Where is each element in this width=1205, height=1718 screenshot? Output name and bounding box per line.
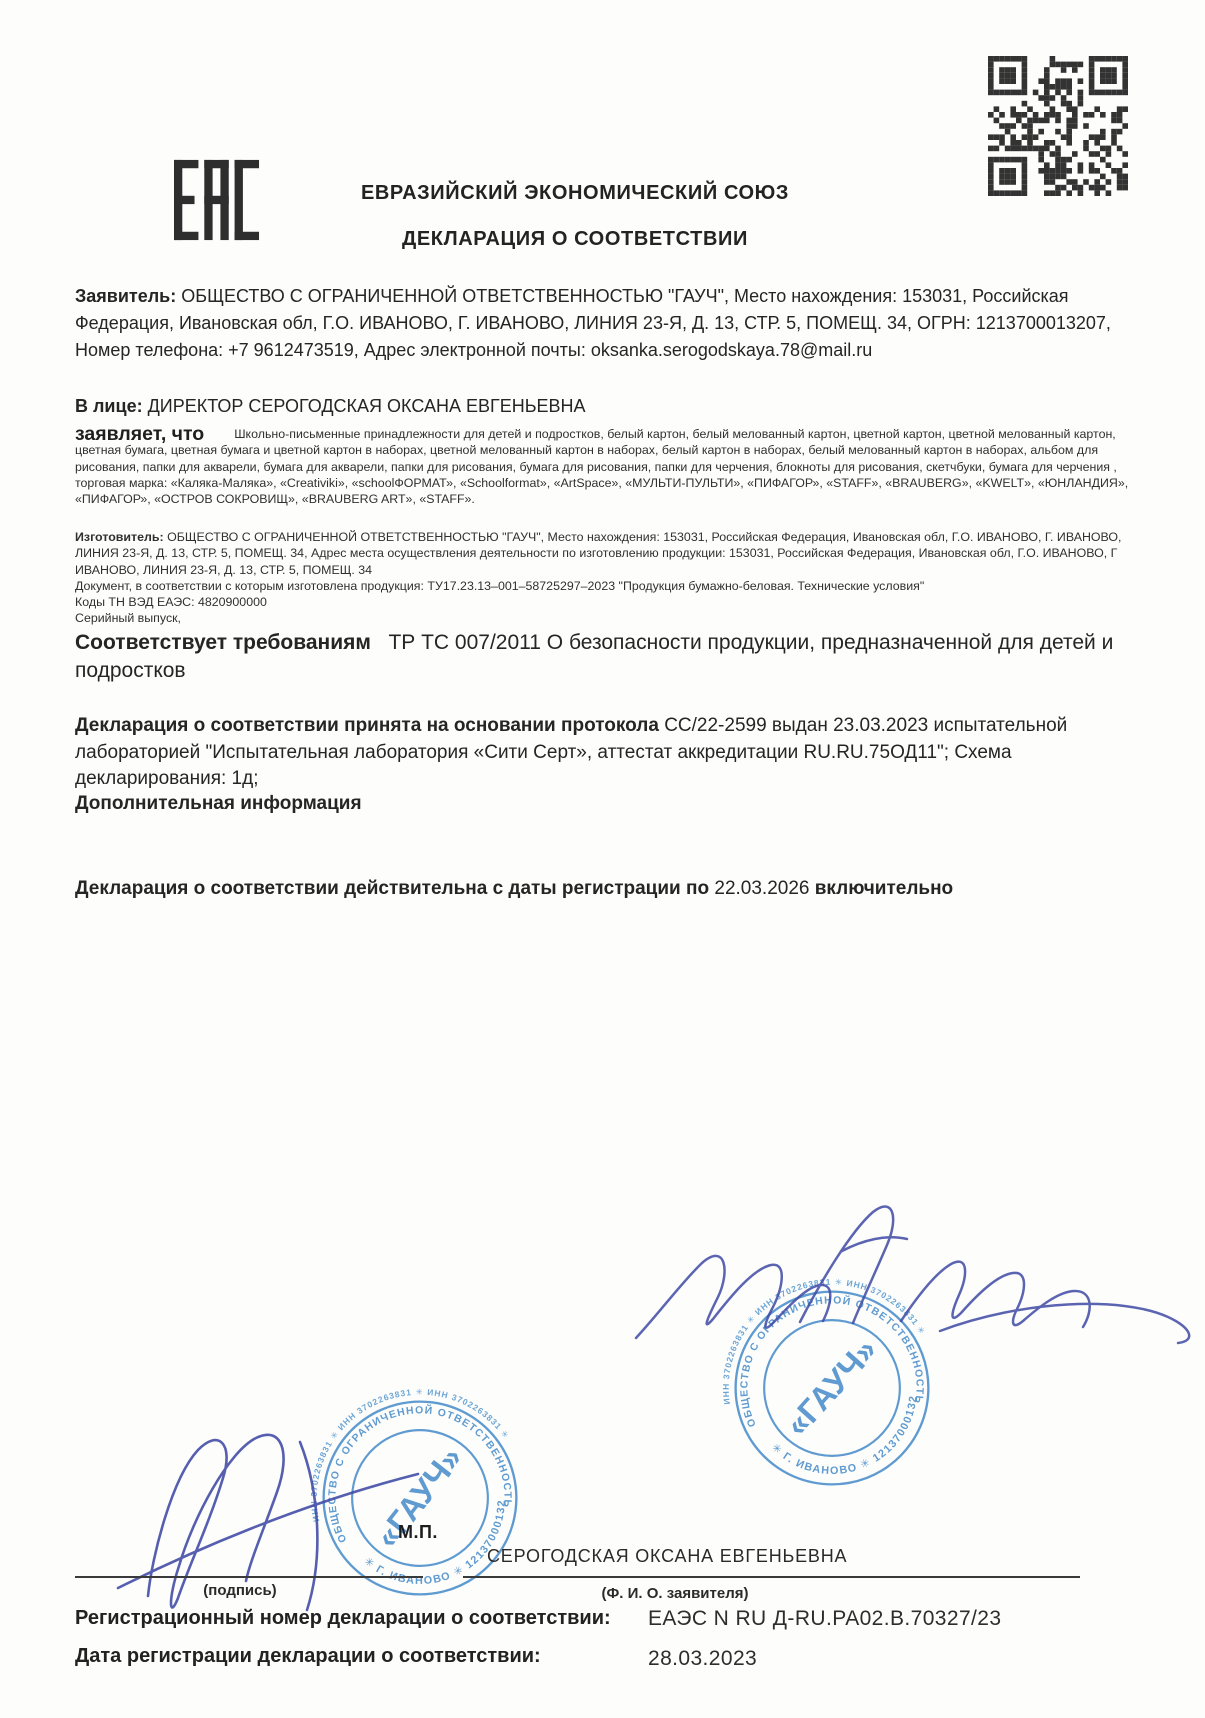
applicant-label: Заявитель: <box>75 286 176 306</box>
validity-date: 22.03.2026 <box>714 878 809 899</box>
manufacturer-label: Изготовитель: <box>75 530 164 544</box>
company-stamp-right: ИНН 3702263831 ✳ ИНН 3702263831 ✳ ИНН 37… <box>695 1251 968 1524</box>
registration-number-value: ЕАЭС N RU Д-RU.РА02.В.70327/23 <box>648 1607 1001 1631</box>
manufacturer-block: Изготовитель: ОБЩЕСТВО С ОГРАНИЧЕННОЙ ОТ… <box>75 529 1143 627</box>
validity-suffix: включительно <box>815 878 953 899</box>
declares-label: заявляет, что <box>75 426 234 442</box>
validity-label: Декларация о соответствии действительна … <box>75 878 709 899</box>
signature-line <box>75 1576 423 1578</box>
compliance-label: Соответствует требованиям <box>75 631 371 654</box>
doc-title: ДЕКЛАРАЦИЯ О СООТВЕТСТВИИ <box>170 228 980 251</box>
signature-caption: (подпись) <box>160 1582 320 1599</box>
basis-section: Декларация о соответствии принята на осн… <box>75 713 1153 793</box>
serial-line: Серийный выпуск, <box>75 610 1143 626</box>
signatures-overlay <box>0 0 1205 1718</box>
basis-label: Декларация о соответствии принята на осн… <box>75 715 659 736</box>
name-line <box>463 1576 1080 1578</box>
applicant-text: ОБЩЕСТВО С ОГРАНИЧЕННОЙ ОТВЕТСТВЕННОСТЬЮ… <box>75 286 1111 360</box>
name-caption: (Ф. И. О. заявителя) <box>560 1585 790 1602</box>
production-document-line: Документ, в соответствии с которым изгот… <box>75 578 1143 594</box>
registration-date-value: 28.03.2023 <box>648 1647 757 1671</box>
validity-section: Декларация о соответствии действительна … <box>75 876 1150 903</box>
header-titles: ЕВРАЗИЙСКИЙ ЭКОНОМИЧЕСКИЙ СОЮЗ ДЕКЛАРАЦИ… <box>170 182 980 251</box>
applicant-name: СЕРОГОДСКАЯ ОКСАНА ЕВГЕНЬЕВНА <box>487 1546 847 1567</box>
qr-code <box>988 56 1128 196</box>
union-title: ЕВРАЗИЙСКИЙ ЭКОНОМИЧЕСКИЙ СОЮЗ <box>170 182 980 205</box>
representative-line: В лице: ДИРЕКТОР СЕРОГОДСКАЯ ОКСАНА ЕВГЕ… <box>75 393 1143 420</box>
additional-info-label: Дополнительная информация <box>75 791 362 818</box>
tnved-line: Коды ТН ВЭД ЕАЭС: 4820900000 <box>75 594 1143 610</box>
mp-seal-mark: М.П. <box>398 1522 438 1543</box>
stamp-center-text: «ГАУЧ» <box>778 1331 883 1442</box>
declaration-document: ЕВРАЗИЙСКИЙ ЭКОНОМИЧЕСКИЙ СОЮЗ ДЕКЛАРАЦИ… <box>0 0 1205 1718</box>
registration-number-label: Регистрационный номер декларации о соотв… <box>75 1607 611 1630</box>
declares-block: заявляет, что Школьно-письменные принадл… <box>75 426 1143 507</box>
applicant-paragraph: Заявитель: ОБЩЕСТВО С ОГРАНИЧЕННОЙ ОТВЕТ… <box>75 283 1143 364</box>
manufacturer-paragraph: Изготовитель: ОБЩЕСТВО С ОГРАНИЧЕННОЙ ОТ… <box>75 529 1143 578</box>
registration-date-label: Дата регистрации декларации о соответств… <box>75 1645 541 1668</box>
compliance-section: Соответствует требованиям ТР ТС 007/2011… <box>75 629 1150 684</box>
representative-text: ДИРЕКТОР СЕРОГОДСКАЯ ОКСАНА ЕВГЕНЬЕВНА <box>148 396 586 416</box>
representative-label: В лице: <box>75 396 143 416</box>
manufacturer-text: ОБЩЕСТВО С ОГРАНИЧЕННОЙ ОТВЕТСТВЕННОСТЬЮ… <box>75 530 1121 577</box>
